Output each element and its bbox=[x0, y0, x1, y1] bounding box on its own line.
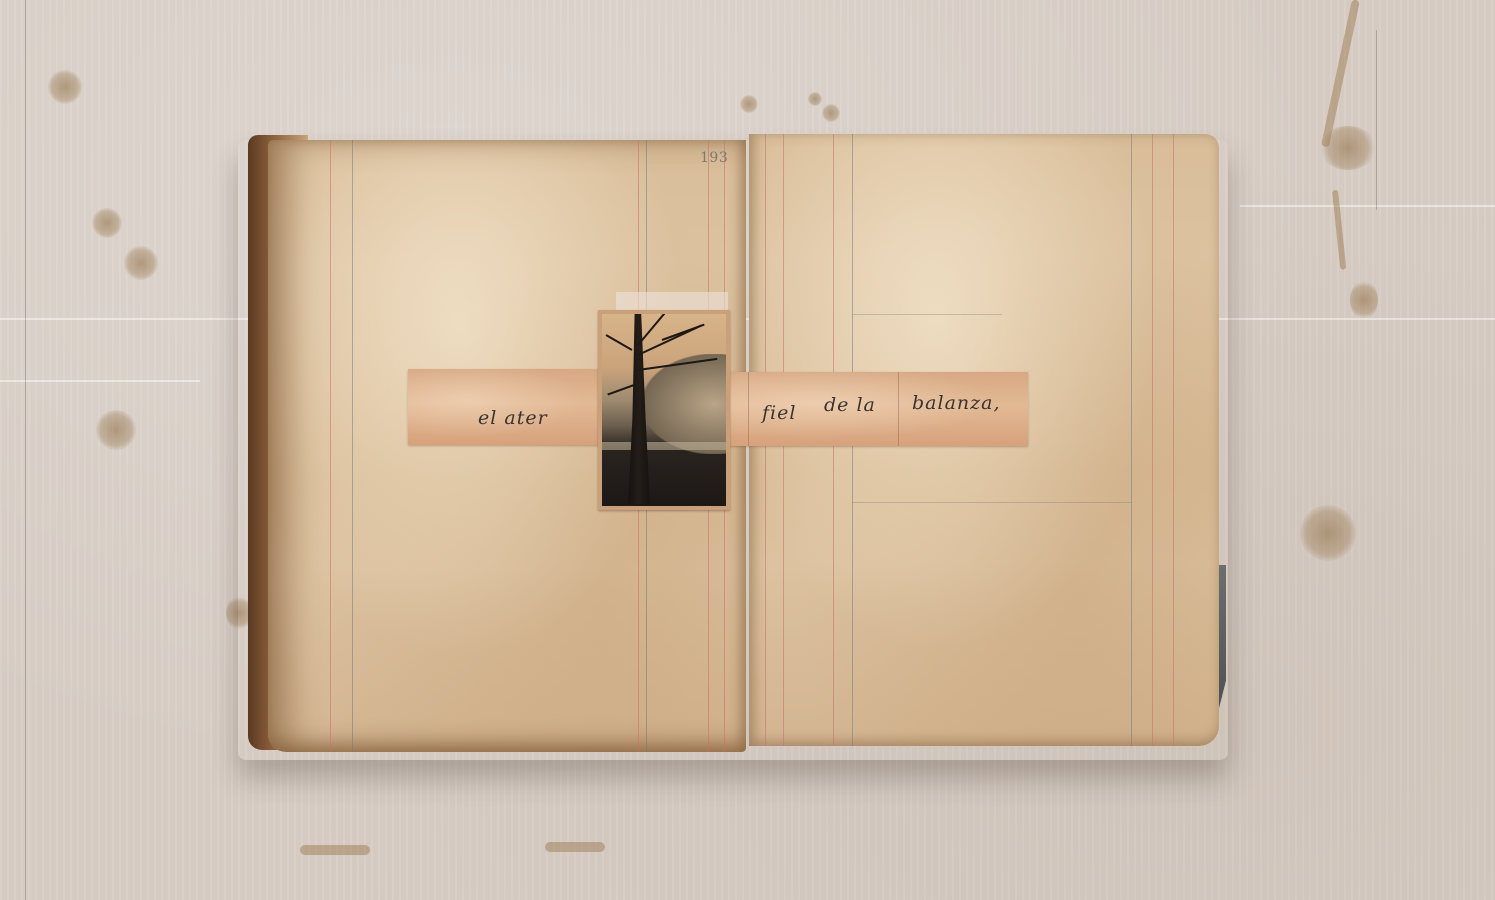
photo-branch bbox=[662, 324, 705, 341]
table-scratch bbox=[1376, 30, 1377, 210]
photo-branch bbox=[606, 334, 633, 351]
strip-seam bbox=[748, 372, 749, 446]
table-stain bbox=[822, 104, 840, 122]
photo-image bbox=[602, 314, 726, 506]
table-stain bbox=[96, 410, 136, 450]
table-drip bbox=[1332, 190, 1346, 270]
photo-hillside bbox=[642, 354, 726, 454]
page-number: 193 bbox=[700, 150, 728, 166]
tree-photograph bbox=[598, 310, 730, 510]
table-scratch bbox=[25, 0, 26, 900]
table-stain bbox=[740, 95, 758, 113]
table-stain bbox=[1300, 505, 1356, 561]
table-scratch bbox=[1240, 205, 1495, 207]
photo-branch bbox=[607, 384, 634, 395]
handwritten-text: fiel bbox=[762, 402, 796, 424]
strip-seam bbox=[898, 372, 899, 446]
column-rule bbox=[352, 140, 353, 752]
table-stain bbox=[124, 246, 158, 280]
table-stain bbox=[1350, 280, 1378, 320]
table-drip bbox=[1321, 0, 1360, 148]
photo-ground bbox=[602, 442, 726, 450]
margin-rule bbox=[1152, 134, 1153, 746]
table-drip bbox=[545, 842, 605, 852]
handwritten-text: de la bbox=[824, 394, 876, 416]
ledger-rule bbox=[852, 502, 1132, 503]
table-stain bbox=[48, 70, 82, 104]
table-stain bbox=[92, 208, 122, 238]
photo-branch bbox=[637, 314, 677, 346]
table-stain bbox=[808, 92, 822, 106]
ledger-rule bbox=[852, 314, 1002, 315]
margin-rule bbox=[330, 140, 331, 752]
table-scratch bbox=[0, 380, 200, 382]
handwritten-text: balanza, bbox=[912, 392, 1001, 414]
text-strip-left: el ater bbox=[408, 369, 604, 445]
handwritten-text: el ater bbox=[478, 407, 548, 429]
margin-rule bbox=[1173, 134, 1174, 746]
table-drip bbox=[300, 845, 370, 855]
column-rule bbox=[1131, 134, 1132, 746]
text-strip-right: fiel de la balanza, bbox=[728, 372, 1028, 446]
